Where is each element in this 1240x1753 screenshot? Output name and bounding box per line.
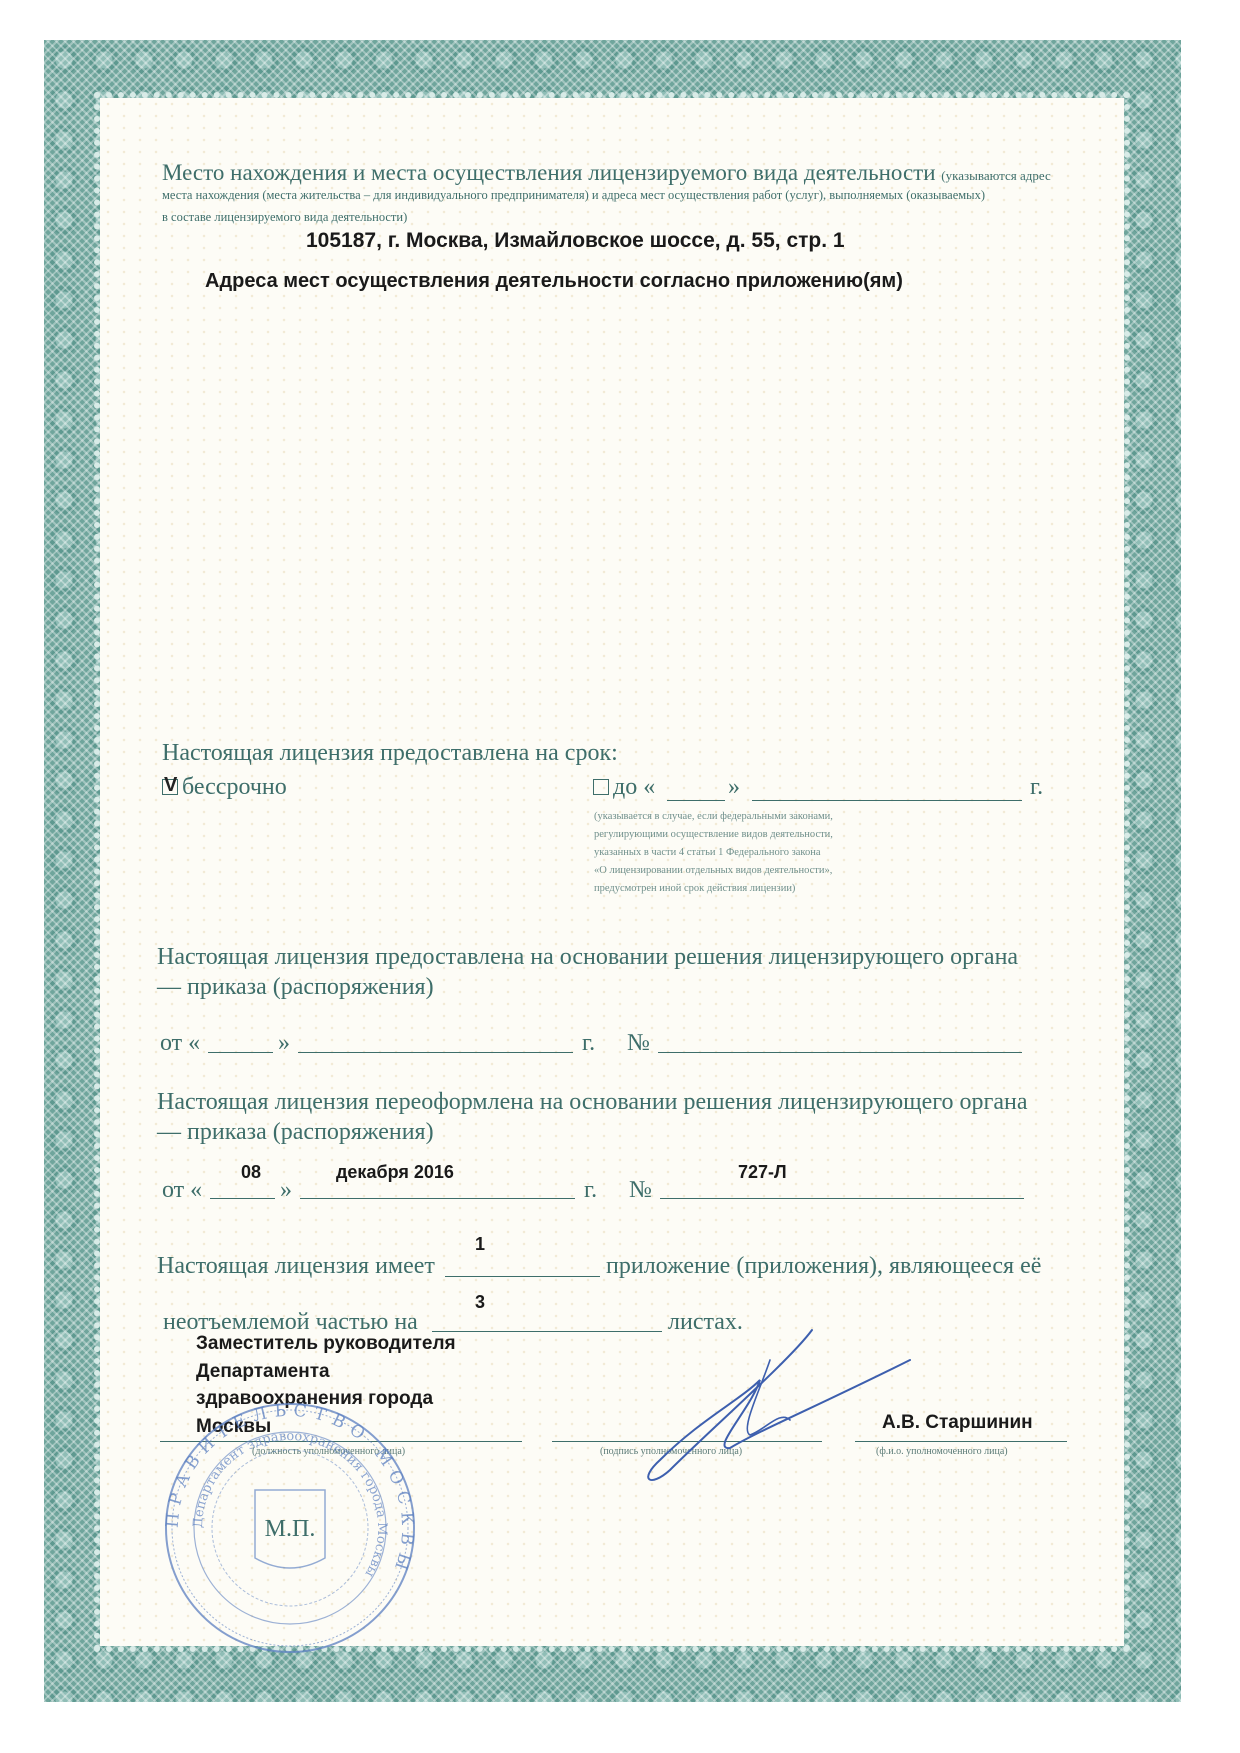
- sheets-count-value: 3: [475, 1292, 485, 1313]
- term-note-line: регулирующими осуществление видов деятел…: [594, 826, 914, 844]
- header-note-line2: места нахождения (места жительства – для…: [162, 188, 985, 203]
- basis-line1: Настоящая лицензия предоставлена на осно…: [157, 944, 1018, 971]
- reissue-line1: Настоящая лицензия переоформлена на осно…: [157, 1089, 1028, 1116]
- signatory-position-line: Москвы: [196, 1413, 456, 1441]
- caption-position: (должность уполномоченного лица): [252, 1446, 405, 1457]
- reissue-month-year-value: декабря 2016: [336, 1162, 454, 1183]
- caption-name: (ф.и.о. уполномоченного лица): [876, 1446, 1008, 1457]
- signatory-name: А.В. Старшинин: [882, 1412, 1033, 1434]
- term-note-line: (указывается в случае, если федеральными…: [594, 808, 914, 826]
- reissue-number-label: №: [629, 1177, 652, 1204]
- until-quote-close: »: [728, 774, 740, 801]
- term-note-line: предусмотрен иной срок действия лицензии…: [594, 880, 914, 898]
- reissue-line2: — приказа (распоряжения): [157, 1119, 434, 1146]
- basis-quote-close: »: [278, 1030, 290, 1057]
- header-note-line3: в составе лицензируемого вида деятельнос…: [162, 210, 407, 225]
- signatory-position-line: здравоохранения города: [196, 1385, 456, 1413]
- appendix-count-field[interactable]: [445, 1276, 600, 1277]
- reissue-month-year-field[interactable]: [300, 1198, 575, 1199]
- reissue-number-field[interactable]: [660, 1198, 1024, 1199]
- appendix-line1-prefix: Настоящая лицензия имеет: [157, 1253, 435, 1280]
- header-title-line: Место нахождения и места осуществления л…: [162, 160, 1051, 186]
- until-label: до «: [613, 774, 655, 800]
- until-month-year-field[interactable]: [752, 800, 1022, 801]
- position-signature-line: [160, 1441, 522, 1442]
- basis-from-label: от «: [160, 1030, 200, 1057]
- basis-year-suffix: г.: [582, 1030, 595, 1057]
- term-note: (указывается в случае, если федеральными…: [594, 808, 914, 898]
- header-title: Место нахождения и места осуществления л…: [162, 160, 936, 185]
- reissue-quote-close: »: [280, 1177, 292, 1204]
- until-day-field[interactable]: [667, 800, 725, 801]
- signature-line: [552, 1441, 822, 1442]
- indefinite-label: бессрочно: [182, 774, 287, 800]
- reissue-day-field[interactable]: [210, 1198, 275, 1199]
- appendix-line1-suffix: приложение (приложения), являющееся её: [606, 1253, 1041, 1280]
- term-note-line: «О лицензировании отдельных видов деятел…: [594, 862, 914, 880]
- indefinite-checkbox[interactable]: V: [162, 779, 178, 795]
- sheets-count-field[interactable]: [432, 1331, 662, 1332]
- signatory-position: Заместитель руководителя Департамента зд…: [196, 1330, 456, 1440]
- term-note-line: указанных в части 4 статьи 1 Федеральног…: [594, 844, 914, 862]
- appendix-line2-suffix: листах.: [668, 1309, 743, 1336]
- reissue-number-value: 727-Л: [738, 1162, 787, 1183]
- caption-signature: (подпись уполномоченного лица): [600, 1446, 742, 1457]
- reissue-day-value: 08: [241, 1162, 261, 1183]
- signatory-position-line: Заместитель руководителя: [196, 1330, 456, 1358]
- header-title-note: (указываются адрес: [941, 168, 1050, 183]
- basis-day-field[interactable]: [208, 1052, 273, 1053]
- basis-number-label: №: [627, 1030, 650, 1057]
- reissue-from-label: от «: [162, 1177, 202, 1204]
- name-signature-line: [855, 1441, 1067, 1442]
- term-label: Настоящая лицензия предоставлена на срок…: [162, 740, 618, 767]
- basis-number-field[interactable]: [658, 1052, 1022, 1053]
- term-until-option[interactable]: до «: [593, 774, 655, 801]
- appendix-count-value: 1: [475, 1234, 485, 1255]
- until-year-suffix: г.: [1030, 774, 1043, 801]
- signatory-position-line: Департамента: [196, 1358, 456, 1386]
- basis-month-year-field[interactable]: [298, 1052, 573, 1053]
- basis-line2: — приказа (распоряжения): [157, 974, 434, 1001]
- term-indefinite-option[interactable]: Vбессрочно: [162, 774, 287, 801]
- appendix-address-reference: Адреса мест осуществления деятельности с…: [205, 270, 903, 293]
- check-mark-icon: V: [164, 774, 177, 797]
- license-address: 105187, г. Москва, Измайловское шоссе, д…: [306, 229, 845, 253]
- until-checkbox[interactable]: [593, 779, 609, 795]
- reissue-year-suffix: г.: [584, 1177, 597, 1204]
